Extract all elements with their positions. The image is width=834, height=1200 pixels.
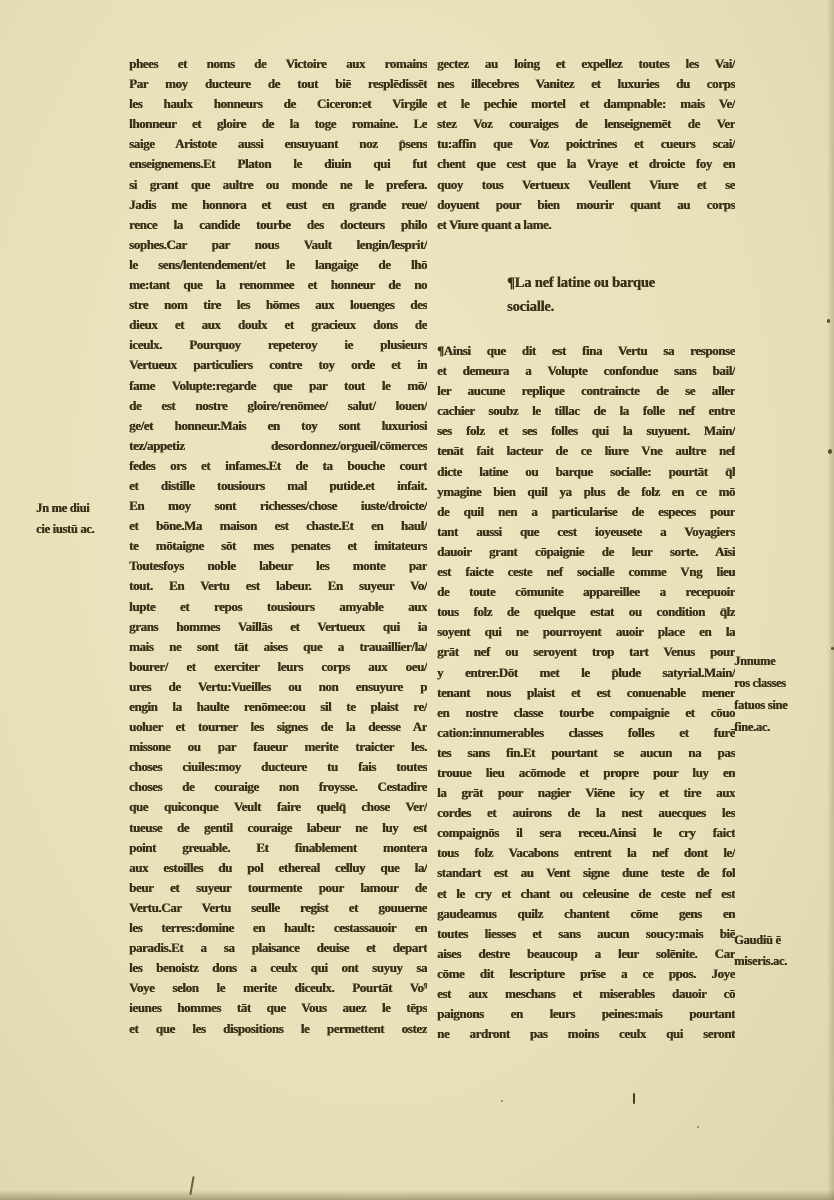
text-line: et le cry et chant ou celeusine de ceste…	[437, 884, 735, 904]
text-line: standart est au Vent signe dune teste de…	[437, 863, 735, 883]
text-line: ieunes hommes tāt que Vous auez le tēps	[129, 998, 427, 1018]
signature-mark	[633, 1093, 635, 1104]
text-line: et que les dispositions le permettent os…	[129, 1019, 427, 1039]
text-line: tu:affin que Voz poictrines et cueurs sc…	[437, 134, 735, 154]
text-line: dicte latine ou barque socialle: pourtāt…	[437, 462, 735, 482]
text-line: les terres:domine en hault: cestassauoir…	[129, 918, 427, 938]
text-line: le sens/lentendement/et le langaige de l…	[129, 255, 427, 275]
book-page: phees et noms de Victoire aux romainsPar…	[0, 0, 834, 1200]
text-line: grāt nef ou seroyent trop tart Venus pou…	[437, 642, 735, 662]
text-line: ures de Vertu:Vueilles ou non ensuyure p	[129, 677, 427, 697]
text-line: toutes liesses et sans aucun soucy:mais …	[437, 924, 735, 944]
text-line: Jnnume	[734, 650, 816, 672]
text-line: ne ardront pas moins ceulx qui seront	[437, 1024, 735, 1044]
text-line: fame Volupte:regarde que par tout le mō/	[129, 376, 427, 396]
ink-speck	[501, 1100, 503, 1102]
text-line: compaignōs il sera receu.Ainsi le cry fa…	[437, 823, 735, 843]
text-line: beur et suyeur tourmente pour lamour de	[129, 878, 427, 898]
text-line: Jadis me honnora et eust en grande reue/	[129, 195, 427, 215]
text-line: ge/et honneur.Mais en toy sont luxuriosi	[129, 416, 427, 436]
text-line: et distille tousiours mal putide.et infa…	[129, 476, 427, 496]
page-edge-shadow-right	[827, 0, 834, 1200]
text-line: dauoir grant cōpaignie de leur sorte. Aī…	[437, 542, 735, 562]
text-line: y entrer.Dōt met le p̄lude satyrial.Main…	[437, 663, 735, 683]
text-line: bourer/ et exerciter leurs corps aux oeu…	[129, 657, 427, 677]
text-line: grans hommes Vaillās et Vertueux qui ia	[129, 617, 427, 637]
text-line: tout. En Vertu est labeur. En suyeur Vo/	[129, 576, 427, 596]
text-line: ¶Ainsi que dit est fina Vertu sa respons…	[437, 341, 735, 361]
left-margin-note: Jn me diuicie iustū ac.	[36, 498, 128, 539]
page-edge-shadow-bottom	[0, 1190, 834, 1200]
text-line: en nostre classe tourbe compaignie et cō…	[437, 703, 735, 723]
text-line: aises destre beaucoup a leur solēnite. C…	[437, 944, 735, 964]
text-line: tous folz Vacabons entrent la nef dont l…	[437, 843, 735, 863]
text-line: et demeura a Volupte confondue sans bail…	[437, 361, 735, 381]
text-line: est aux meschans et miserables dauoir cō	[437, 984, 735, 1004]
text-line: que quiconque Veult faire quelq̄ chose V…	[129, 797, 427, 817]
text-line: aux estoilles du pol ethereal celluy que…	[129, 858, 427, 878]
chapter-heading: ¶La nef latine ou barquesocialle.	[437, 272, 735, 319]
text-line: socialle.	[437, 296, 735, 320]
text-line: nes illecebres Vanitez et luxuries du co…	[437, 74, 735, 94]
text-line: lhonneur et gloire de la toge romaine. L…	[129, 114, 427, 134]
text-line: fine.ac.	[734, 716, 816, 738]
text-line: ler aucune replique contraincte de se al…	[437, 381, 735, 401]
text-line: missone ou par faueur merite traicter le…	[129, 737, 427, 757]
text-line: iceulx. Pourquoy repeteroy ie plusieurs	[129, 335, 427, 355]
text-line: Gaudiū ē	[734, 930, 818, 951]
text-line: enseignemens.Et Platon le diuin qui fut	[129, 154, 427, 174]
text-line: me:tant que la renommee et honneur de no	[129, 275, 427, 295]
right-margin-note-1: Jnnumeros classesfatuos sinefine.ac.	[734, 650, 816, 738]
text-line: tenāt fait lacteur de ce liure Vne aultr…	[437, 441, 735, 461]
text-line: et bōne.Ma maison est chaste.Et en haul/	[129, 516, 427, 536]
text-line: Vertu.Car Vertu seulle regist et gouuern…	[129, 898, 427, 918]
text-line: trouue lieu acōmode et propre pour luy e…	[437, 763, 735, 783]
text-line: cōme dit lescripture prīse a ce ppos. Jo…	[437, 964, 735, 984]
text-line: ¶La nef latine ou barque	[437, 272, 735, 296]
text-line: Par moy ducteure de tout biē resplēdissē…	[129, 74, 427, 94]
text-line: paradis.Et a sa plaisance deuise et depa…	[129, 938, 427, 958]
text-line: choses de couraige non froysse. Cestadir…	[129, 777, 427, 797]
text-line: mais ne sont tāt aises que a trauaillier…	[129, 637, 427, 657]
text-line: soyent qui ne pourroyent auoir place en …	[437, 622, 735, 642]
text-line: la grāt pour nagier Viēne icy et tire au…	[437, 783, 735, 803]
right-column-paragraph-1: gectez au loing et expellez toutes les V…	[437, 54, 735, 235]
text-line: ymagine bien quil ya plus de folz en ce …	[437, 482, 735, 502]
text-line: quoy tous Vertueux Veullent Viure et se	[437, 175, 735, 195]
text-line: En moy sont richesses/chose iuste/droict…	[129, 496, 427, 516]
text-line: stre nom tire les hōmes aux louenges des	[129, 295, 427, 315]
text-line: ses folz et ses folles qui la suyuent. M…	[437, 421, 735, 441]
text-line: de toute cōmunite appareillee a recepuoi…	[437, 582, 735, 602]
text-line: Jn me diui	[36, 498, 128, 519]
text-line: Voye selon le merite diceulx. Pourtāt Vo…	[129, 978, 427, 998]
text-line: et le pechie mortel et dampnable: mais V…	[437, 94, 735, 114]
text-line: choses ciuiles:moy ducteure tu fais tout…	[129, 757, 427, 777]
text-line: uoluer et tourner les signes de la deess…	[129, 717, 427, 737]
text-line: chent que cest que la Vraye et droicte f…	[437, 154, 735, 174]
text-line: tant aussi que cest ioyeusete a Voyagier…	[437, 522, 735, 542]
text-line: les haulx honneurs de Ciceron:et Virgile	[129, 94, 427, 114]
text-line: doyuent pour bien mourir quant au corps	[437, 195, 735, 215]
text-line: les benoistz dons a ceulx qui ont suyuy …	[129, 958, 427, 978]
text-line: sophes.Car par nous Vault lengin/lesprit…	[129, 235, 427, 255]
text-line: point greuable. Et finablement montera	[129, 838, 427, 858]
text-line: tez/appetiz desordonnez/orgueil/cōmerces	[129, 436, 427, 456]
text-line: fedes ors et infames.Et de ta bouche cou…	[129, 456, 427, 476]
text-line: rence la candide tourbe des docteurs phi…	[129, 215, 427, 235]
text-line: fatuos sine	[734, 694, 816, 716]
text-line: tenant nous plaist et est conuenable men…	[437, 683, 735, 703]
text-line: de est nostre gloire/renōmee/ salut/ lou…	[129, 396, 427, 416]
text-line: saige Aristote aussi ensuyuant noz p̄sen…	[129, 134, 427, 154]
text-line: et Viure quant a lame.	[437, 215, 735, 235]
text-line: cie iustū ac.	[36, 519, 128, 540]
left-text-column: phees et noms de Victoire aux romainsPar…	[129, 54, 427, 1039]
text-line: gaudeamus quilz chantent cōme gens en	[437, 904, 735, 924]
text-line: tueuse de gentil couraige labeur ne luy …	[129, 818, 427, 838]
text-line: engin la haulte renōmee:ou sil te plaist…	[129, 697, 427, 717]
text-line: phees et noms de Victoire aux romains	[129, 54, 427, 74]
text-line: gectez au loing et expellez toutes les V…	[437, 54, 735, 74]
text-line: si grant que aultre ou monde ne le prefe…	[129, 175, 427, 195]
text-line: cachier soubz le tillac de la folle nef …	[437, 401, 735, 421]
text-line: paignons en leurs peines:mais pourtant	[437, 1004, 735, 1024]
right-margin-note-2: Gaudiū ēmiseris.ac.	[734, 930, 818, 972]
text-line: lupte et repos tousiours amyable aux	[129, 597, 427, 617]
text-line: tes sans fin.Et pourtant se aucun na pas	[437, 743, 735, 763]
text-line: ros classes	[734, 672, 816, 694]
text-line: cation:innumerables classes folles et fu…	[437, 723, 735, 743]
text-line: miseris.ac.	[734, 951, 818, 972]
text-line: est faicte ceste nef socialle comme Vng …	[437, 562, 735, 582]
text-line: Toutesfoys noble labeur les monte par	[129, 556, 427, 576]
text-line: te mōtaigne sōt mes penates et imitateur…	[129, 536, 427, 556]
text-line: dieux et aux doulx et gracieux dons de	[129, 315, 427, 335]
right-column-paragraph-2: ¶Ainsi que dit est fina Vertu sa respons…	[437, 341, 735, 1044]
text-line: Vertueux particuliers contre toy orde et…	[129, 355, 427, 375]
text-line: stez Voz couraiges de lenseignemēt de Ve…	[437, 114, 735, 134]
text-line: cordes et auirons de la nest auecques le…	[437, 803, 735, 823]
text-line: tous folz de quelque estat ou condition …	[437, 602, 735, 622]
ink-speck	[697, 1126, 699, 1128]
text-line: de quil nen a particularise de especes p…	[437, 502, 735, 522]
